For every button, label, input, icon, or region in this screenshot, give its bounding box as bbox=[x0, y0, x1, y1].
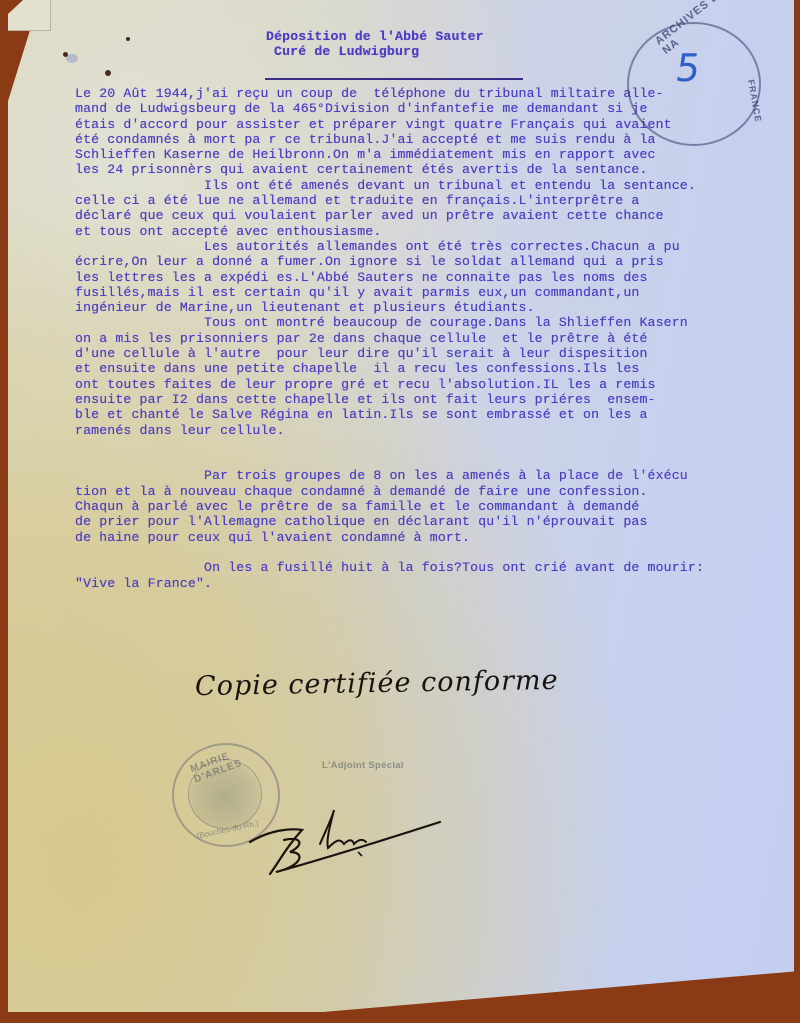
text-line: et tous ont accepté avec enthousiasme. bbox=[75, 224, 704, 239]
folded-corner bbox=[8, 0, 51, 31]
text-line: Schlieffen Kaserne de Heilbronn.On m'a i… bbox=[75, 147, 704, 162]
text-line: été condamnés à mort pa r ce tribunal.J'… bbox=[75, 132, 704, 147]
signature bbox=[240, 800, 460, 880]
text-line: Par trois groupes de 8 on les a amenés à… bbox=[75, 468, 704, 483]
text-line: et ensuite dans une petite chapelle il a… bbox=[75, 361, 704, 376]
text-line: les 24 prisonnèrs qui avaient certaineme… bbox=[75, 162, 704, 177]
text-line: ensuite par I2 dans cette chapelle et il… bbox=[75, 392, 704, 407]
text-line: écrire,On leur a donné a fumer.On ignore… bbox=[75, 254, 704, 269]
text-line: Tous ont montré beaucoup de courage.Dans… bbox=[75, 315, 704, 330]
text-line: de prier pour l'Allemagne catholique en … bbox=[75, 514, 704, 529]
text-line: d'une cellule à l'autre pour leur dire q… bbox=[75, 346, 704, 361]
title-underline bbox=[265, 78, 523, 80]
text-line: déclaré que ceux qui voulaient parler av… bbox=[75, 208, 704, 223]
ink-smudge bbox=[66, 54, 78, 63]
staple-hole bbox=[105, 70, 111, 76]
text-line: "Vive la France". bbox=[75, 576, 704, 591]
certification-handwriting: Copie certifiée conforme bbox=[195, 665, 559, 702]
document-body: Le 20 Aût 1944,j'ai reçu un coup de télé… bbox=[75, 86, 704, 591]
text-line bbox=[75, 545, 704, 560]
title-line-1: Déposition de l'Abbé Sauter bbox=[266, 29, 484, 44]
text-line: ingénieur de Marine,un lieutenant et plu… bbox=[75, 300, 704, 315]
text-line: ont toutes faites de leur propre gré et … bbox=[75, 377, 704, 392]
text-line: Chaqun à parlé avec le prêtre de sa fami… bbox=[75, 499, 704, 514]
text-line: on a mis les prisonniers par 2e dans cha… bbox=[75, 331, 704, 346]
text-line: mand de Ludwigsbeurg de la 465°Division … bbox=[75, 101, 704, 116]
text-line: ramenés dans leur cellule. bbox=[75, 423, 704, 438]
text-line: tion et la à nouveau chaque condamné à d… bbox=[75, 484, 704, 499]
text-line bbox=[75, 438, 704, 453]
staple-hole bbox=[126, 37, 130, 41]
title-line-2: Curé de Ludwigburg bbox=[266, 44, 484, 59]
text-line: ble et chanté le Salve Régina en latin.I… bbox=[75, 407, 704, 422]
text-line: Ils ont été amenés devant un tribunal et… bbox=[75, 178, 704, 193]
text-line: On les a fusillé huit à la fois?Tous ont… bbox=[75, 560, 704, 575]
text-line: Le 20 Aût 1944,j'ai reçu un coup de télé… bbox=[75, 86, 704, 101]
text-line: fusillés,mais il est certain qu'il y ava… bbox=[75, 285, 704, 300]
text-line: de haine pour ceux qui l'avaient condamn… bbox=[75, 530, 704, 545]
document-title: Déposition de l'Abbé SauterCuré de Ludwi… bbox=[266, 29, 484, 60]
text-line: les lettres les a expédi es.L'Abbé Saute… bbox=[75, 270, 704, 285]
text-line: étais d'accord pour assister et préparer… bbox=[75, 117, 704, 132]
adjoint-stamp: L'Adjoint Spécial bbox=[322, 760, 404, 771]
text-line: Les autorités allemandes ont été très co… bbox=[75, 239, 704, 254]
text-line: celle ci a été lue ne allemand et tradui… bbox=[75, 193, 704, 208]
text-line bbox=[75, 453, 704, 468]
